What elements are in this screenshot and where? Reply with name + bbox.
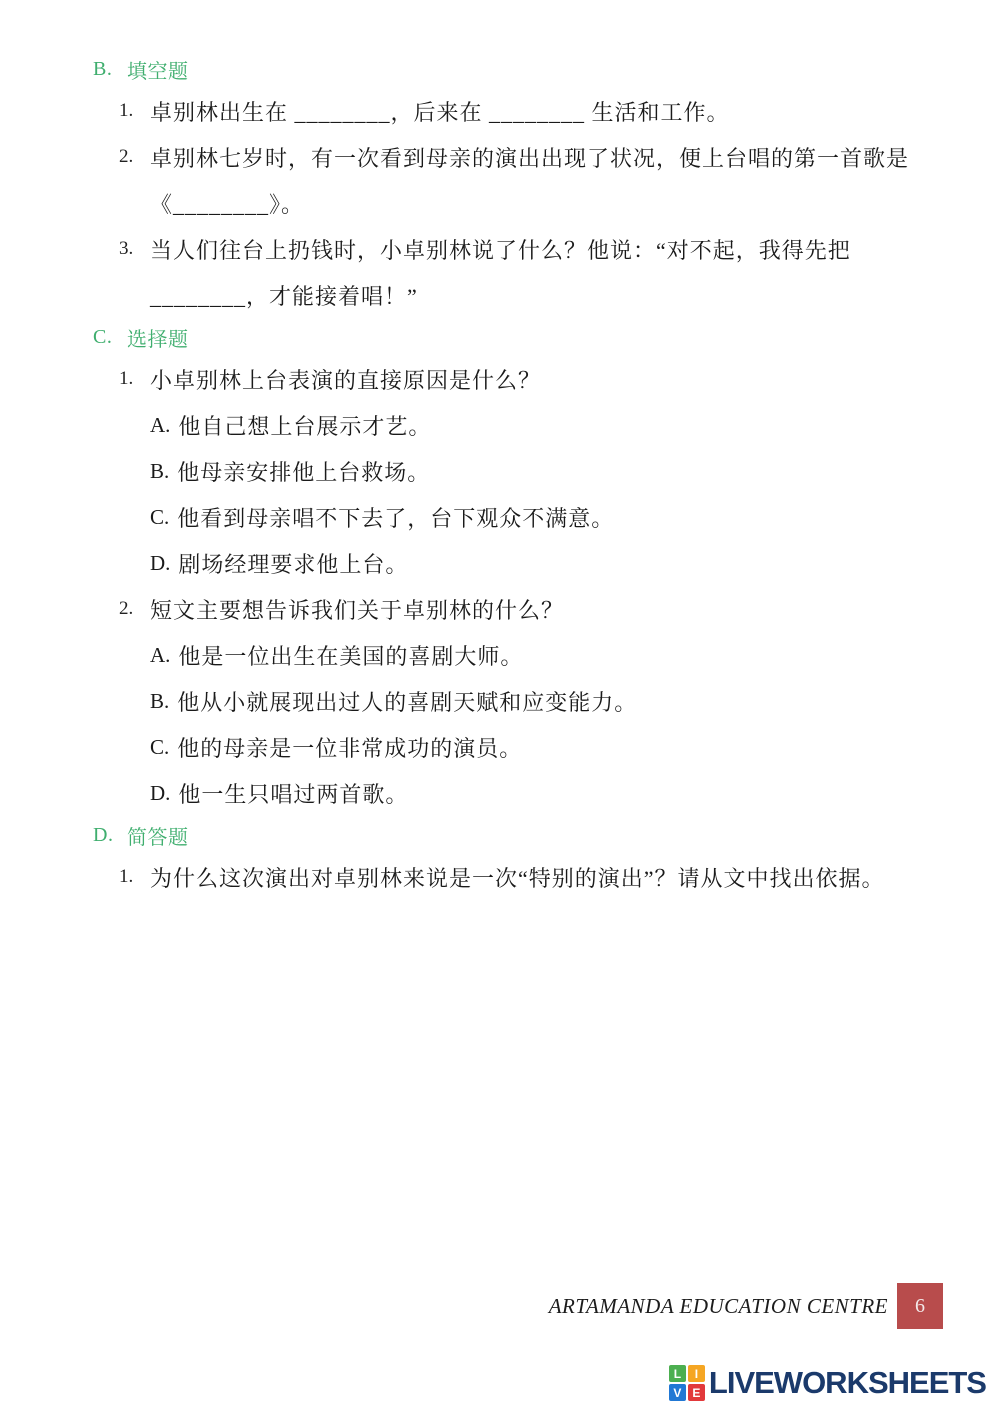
question-number: 2. [119,598,150,620]
option-label: D. [150,781,170,806]
institution-name: ARTAMANDA EDUCATION CENTRE [549,1294,888,1319]
worksheet-page: B. 填空题 1. 卓别林出生在 ________，后来在 ________ 生… [0,0,999,1413]
worksheet-body: B. 填空题 1. 卓别林出生在 ________，后来在 ________ 生… [93,50,959,900]
question-item: 1. 为什么这次演出对卓别林来说是一次“特别的演出”？请从文中找出依据。 [93,854,959,900]
section-letter: B. [93,58,127,81]
option-text: 他自己想上台展示才艺。 [178,410,431,441]
logo-tile-e: E [688,1384,705,1401]
answer-option: C. 他的母亲是一位非常成功的演员。 [150,724,959,770]
question-number: 3. [119,238,150,260]
section-fill-blanks: B. 填空题 1. 卓别林出生在 ________，后来在 ________ 生… [93,50,959,318]
question-item: 2. 短文主要想告诉我们关于卓别林的什么？ [93,586,959,632]
question-number: 2. [119,146,150,168]
question-text: 《________》。 [150,188,304,219]
question-continuation: 《________》。 [93,180,959,226]
section-title: 简答题 [127,821,189,850]
option-text: 他是一位出生在美国的喜剧大师。 [178,640,523,671]
option-label: B. [150,459,169,484]
section-multiple-choice: C. 选择题 1. 小卓别林上台表演的直接原因是什么？ A. 他自己想上台展示才… [93,318,959,816]
question-text: 为什么这次演出对卓别林来说是一次“特别的演出”？请从文中找出依据。 [150,862,885,893]
question-text: 当人们往台上扔钱时，小卓别林说了什么？他说：“对不起，我得先把 [150,234,851,265]
logo-tile-i: I [688,1365,705,1382]
question-item: 3. 当人们往台上扔钱时，小卓别林说了什么？他说：“对不起，我得先把 [93,226,959,272]
question-item: 2. 卓别林七岁时，有一次看到母亲的演出出现了状况，便上台唱的第一首歌是 [93,134,959,180]
answer-option: B. 他母亲安排他上台救场。 [150,448,959,494]
option-text: 剧场经理要求他上台。 [178,548,408,579]
liveworksheets-wordmark: LIVEWORKSHEETS [709,1365,986,1401]
option-label: B. [150,689,169,714]
option-text: 他母亲安排他上台救场。 [177,456,430,487]
question-number: 1. [119,866,150,888]
question-text: 小卓别林上台表演的直接原因是什么？ [150,364,541,395]
option-text: 他的母亲是一位非常成功的演员。 [177,732,522,763]
question-item: 1. 小卓别林上台表演的直接原因是什么？ [93,356,959,402]
answer-option: A. 他是一位出生在美国的喜剧大师。 [150,632,959,678]
answer-option: D. 他一生只唱过两首歌。 [150,770,959,816]
section-header: D. 简答题 [93,816,959,854]
question-item: 1. 卓别林出生在 ________，后来在 ________ 生活和工作。 [93,88,959,134]
question-number: 1. [119,368,150,390]
option-label: D. [150,551,170,576]
answer-option: B. 他从小就展现出过人的喜剧天赋和应变能力。 [150,678,959,724]
section-letter: D. [93,824,127,847]
section-header: B. 填空题 [93,50,959,88]
question-text: ________，才能接着唱！” [150,280,418,311]
question-text: 卓别林七岁时，有一次看到母亲的演出出现了状况，便上台唱的第一首歌是 [150,142,909,173]
question-number: 1. [119,100,150,122]
answer-option: C. 他看到母亲唱不下去了，台下观众不满意。 [150,494,959,540]
logo-tile-l: L [669,1365,686,1382]
option-label: C. [150,735,169,760]
page-number-badge: 6 [897,1283,943,1329]
question-text: 短文主要想告诉我们关于卓别林的什么？ [150,594,564,625]
liveworksheets-tiles-icon: L I V E [669,1365,705,1401]
question-continuation: ________，才能接着唱！” [93,272,959,318]
section-title: 填空题 [127,55,189,84]
option-text: 他一生只唱过两首歌。 [178,778,408,809]
section-header: C. 选择题 [93,318,959,356]
answer-option: A. 他自己想上台展示才艺。 [150,402,959,448]
page-footer: ARTAMANDA EDUCATION CENTRE 6 [549,1283,943,1329]
answer-option: D. 剧场经理要求他上台。 [150,540,959,586]
section-title: 选择题 [127,323,189,352]
liveworksheets-logo[interactable]: L I V E LIVEWORKSHEETS [669,1365,986,1401]
section-letter: C. [93,326,127,349]
option-text: 他从小就展现出过人的喜剧天赋和应变能力。 [177,686,637,717]
logo-tile-v: V [669,1384,686,1401]
option-label: A. [150,643,170,668]
option-label: A. [150,413,170,438]
section-short-answer: D. 简答题 1. 为什么这次演出对卓别林来说是一次“特别的演出”？请从文中找出… [93,816,959,900]
question-text: 卓别林出生在 ________，后来在 ________ 生活和工作。 [150,96,730,127]
option-label: C. [150,505,169,530]
option-text: 他看到母亲唱不下去了，台下观众不满意。 [177,502,614,533]
